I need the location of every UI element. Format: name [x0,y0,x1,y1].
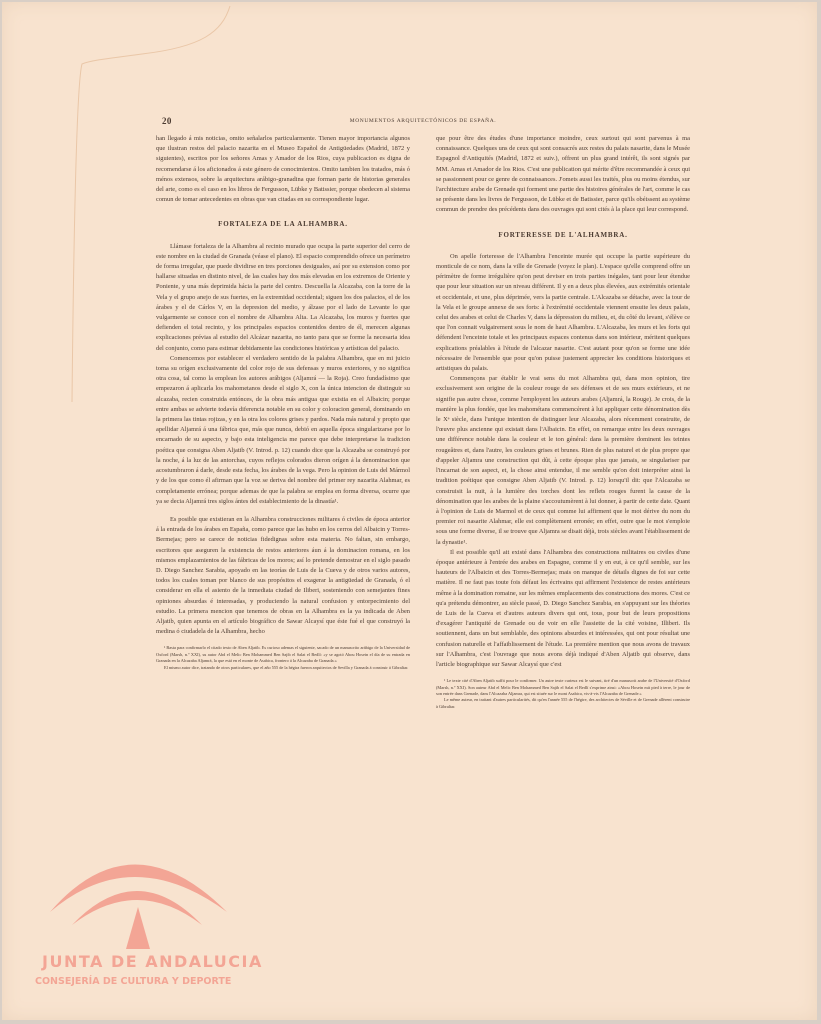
scanned-page-sheet: 20 MONUMENTOS ARQUITECTÓNICOS DE ESPAÑA.… [2,2,817,1020]
spanish-footnotes: ¹ Basta para confirmarlo el citado texto… [156,645,410,671]
watermark-subtitle: CONSEJERÍA DE CULTURA Y DEPORTE [35,976,231,987]
french-column: que pour être des études d'une importanc… [436,134,690,710]
junta-de-andalucia-arch-logo-icon [32,837,242,952]
running-title: MONUMENTOS ARQUITECTÓNICOS DE ESPAÑA. [156,118,690,124]
spanish-column: han llegado á mis noticias, omito señala… [156,134,410,710]
watermark-title: JUNTA DE ANDALUCIA [42,952,242,971]
french-intro-paragraph: que pour être des études d'une importanc… [436,134,690,216]
junta-de-andalucia-watermark: JUNTA DE ANDALUCIA CONSEJERÍA DE CULTURA… [32,837,242,997]
french-section-title: FORTERESSE DE L'ALHAMBRA. [436,230,690,240]
spanish-paragraph: Comencemos por establecer el verdadero s… [156,354,410,507]
spanish-intro-paragraph: han llegado á mis noticias, omito señala… [156,134,410,205]
french-paragraph: On apelle forteresse de l'Alhambra l'enc… [436,252,690,374]
running-head: 20 MONUMENTOS ARQUITECTÓNICOS DE ESPAÑA. [156,116,690,128]
spanish-footnote: El mismo autor dice, tratando de otros p… [156,665,410,671]
document-page: 20 MONUMENTOS ARQUITECTÓNICOS DE ESPAÑA.… [156,116,690,710]
french-footnotes: ¹ Le texte cité d'Aben Aljatib suffit po… [436,678,690,710]
two-column-text: han llegado á mis noticias, omito señala… [156,134,690,710]
spanish-paragraph: Llámase fortaleza de la Alhambra al reci… [156,242,410,354]
spanish-footnote: ¹ Basta para confirmarlo el citado texto… [156,645,410,664]
french-footnote: Le même auteur, en traitant d'autres par… [436,697,690,710]
french-footnote: ¹ Le texte cité d'Aben Aljatib suffit po… [436,678,690,697]
french-paragraph: Commençons par établir le vrai sens du m… [436,374,690,547]
spanish-paragraph: Es posible que existieran en la Alhambra… [156,515,410,637]
spanish-section-title: FORTALEZA DE LA ALHAMBRA. [156,219,410,229]
french-paragraph: Il est possible qu'il ait existé dans l'… [436,548,690,670]
